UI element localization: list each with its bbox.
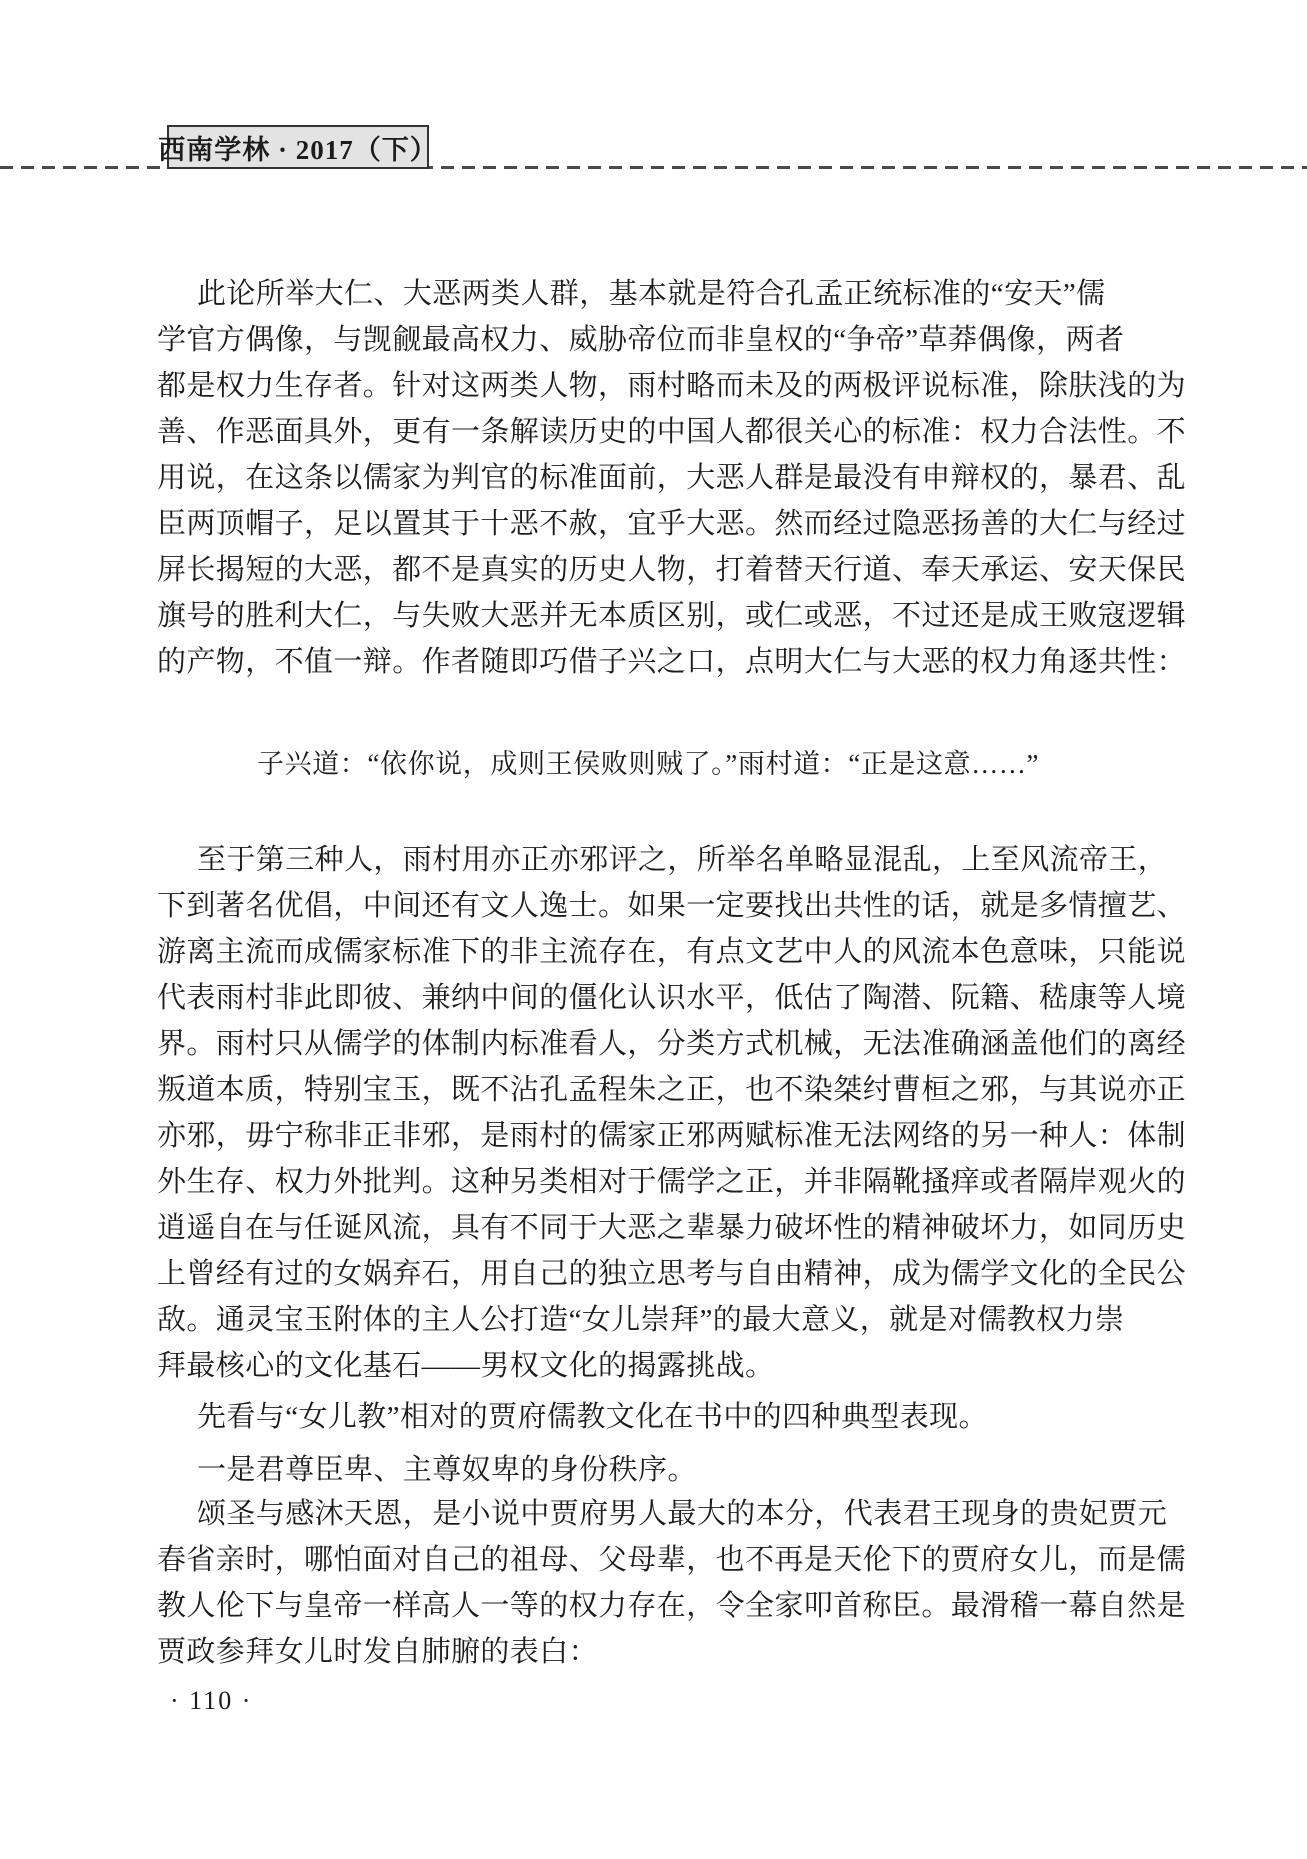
text-line: 叛道本质，特别宝玉，既不沾孔孟程朱之正，也不染桀纣曹桓之邪，与其说亦正 <box>157 1067 1177 1113</box>
text-line: 善、作恶面具外，更有一条解读历史的中国人都很关心的标准：权力合法性。不 <box>157 409 1177 455</box>
text-line: 亦邪，毋宁称非正非邪，是雨村的儒家正邪两赋标准无法网络的另一种人：体制 <box>157 1113 1177 1159</box>
paragraph-4: 一是君尊臣卑、主尊奴卑的身份秩序。 <box>157 1447 1177 1493</box>
text-line: 一是君尊臣卑、主尊奴卑的身份秩序。 <box>157 1447 1177 1493</box>
text-line: 贾政参拜女儿时发自肺腑的表白： <box>157 1629 1177 1675</box>
text-line: 敌。通灵宝玉附体的主人公打造“女儿崇拜”的最大意义，就是对儒教权力崇 <box>157 1297 1177 1343</box>
text-line: 界。雨村只从儒学的体制内标准看人，分类方式机械，无法准确涵盖他们的离经 <box>157 1021 1177 1067</box>
text-line: 春省亲时，哪怕面对自己的祖母、父母辈，也不再是天伦下的贾府女儿，而是儒 <box>157 1537 1177 1583</box>
text-line: 至于第三种人，雨村用亦正亦邪评之，所举名单略显混乱，上至风流帝王， <box>157 837 1177 883</box>
paragraph-5: 颂圣与感沐天恩，是小说中贾府男人最大的本分，代表君王现身的贵妃贾元 春省亲时，哪… <box>157 1491 1177 1675</box>
block-quote: 子兴道：“依你说，成则王侯败则贼了。”雨村道：“正是这意……” <box>157 741 1177 787</box>
text-line: 下到著名优倡，中间还有文人逸士。如果一定要找出共性的话，就是多情擅艺、 <box>157 883 1177 929</box>
text-line: 游离主流而成儒家标准下的非主流存在，有点文艺中人的风流本色意味，只能说 <box>157 929 1177 975</box>
text-line: 上曾经有过的女娲弃石，用自己的独立思考与自由精神，成为儒学文化的全民公 <box>157 1251 1177 1297</box>
paragraph-1: 此论所举大仁、大恶两类人群，基本就是符合孔孟正统标准的“安天”儒 学官方偶像，与… <box>157 271 1177 685</box>
page-number: · 110 · <box>170 1686 252 1716</box>
text-line: 颂圣与感沐天恩，是小说中贾府男人最大的本分，代表君王现身的贵妃贾元 <box>157 1491 1177 1537</box>
text-line: 代表雨村非此即彼、兼纳中间的僵化认识水平，低估了陶潜、阮籍、嵇康等人境 <box>157 975 1177 1021</box>
paragraph-3: 先看与“女儿教”相对的贾府儒教文化在书中的四种典型表现。 <box>157 1394 1177 1440</box>
text-line: 学官方偶像，与觊觎最高权力、威胁帝位而非皇权的“争帝”草莽偶像，两者 <box>157 317 1177 363</box>
text-line: 教人伦下与皇帝一样高人一等的权力存在，令全家叩首称臣。最滑稽一幕自然是 <box>157 1583 1177 1629</box>
text-line: 先看与“女儿教”相对的贾府儒教文化在书中的四种典型表现。 <box>157 1394 1177 1440</box>
text-line: 都是权力生存者。针对这两类人物，雨村略而未及的两极评说标准，除肤浅的为 <box>157 363 1177 409</box>
text-line: 逍遥自在与任诞风流，具有不同于大恶之辈暴力破坏性的精神破坏力，如同历史 <box>157 1205 1177 1251</box>
text-line: 外生存、权力外批判。这种另类相对于儒学之正，并非隔靴搔痒或者隔岸观火的 <box>157 1159 1177 1205</box>
text-line: 用说，在这条以儒家为判官的标准面前，大恶人群是最没有申辩权的，暴君、乱 <box>157 455 1177 501</box>
text-line: 屏长揭短的大恶，都不是真实的历史人物，打着替天行道、奉天承运、安天保民 <box>157 547 1177 593</box>
text-line: 臣两顶帽子，足以置其于十恶不赦，宜乎大恶。然而经过隐恶扬善的大仁与经过 <box>157 501 1177 547</box>
text-line: 此论所举大仁、大恶两类人群，基本就是符合孔孟正统标准的“安天”儒 <box>157 271 1177 317</box>
text-line: 拜最核心的文化基石——男权文化的揭露挑战。 <box>157 1343 1177 1389</box>
scanned-book-page: 西南学林 · 2017（下） 此论所举大仁、大恶两类人群，基本就是符合孔孟正统标… <box>0 0 1307 1859</box>
text-line: 旗号的胜利大仁，与失败大恶并无本质区别，或仁或恶，不过还是成王败寇逻辑 <box>157 593 1177 639</box>
running-header-box: 西南学林 · 2017（下） <box>167 125 429 169</box>
paragraph-2: 至于第三种人，雨村用亦正亦邪评之，所举名单略显混乱，上至风流帝王， 下到著名优倡… <box>157 837 1177 1389</box>
journal-title: 西南学林 · 2017（下） <box>158 128 438 167</box>
text-line: 的产物，不值一辩。作者随即巧借子兴之口，点明大仁与大恶的权力角逐共性： <box>157 639 1177 685</box>
quote-line: 子兴道：“依你说，成则王侯败则贼了。”雨村道：“正是这意……” <box>157 741 1177 787</box>
